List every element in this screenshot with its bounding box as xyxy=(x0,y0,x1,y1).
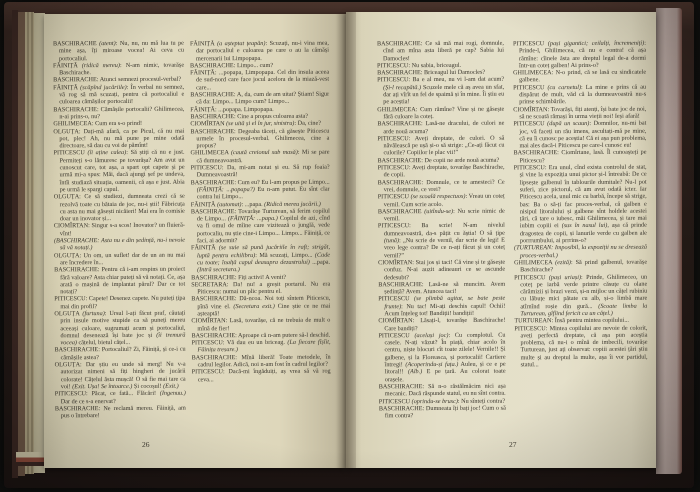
page-edge-strip xyxy=(18,12,25,476)
dialogue-paragraph: PITICESCU: Ba scrie! N-am nivelul dumnea… xyxy=(378,222,505,259)
dialogue-paragraph: OLGUȚA: Ce să studiezi, dumneata crezi c… xyxy=(54,193,185,223)
dialogue-paragraph: CIOMÎRTAN: Singur s-a scos! Inovator? un… xyxy=(54,222,185,237)
dialogue-paragraph: GHILIMECEA (caută creionul sub masă): Mi… xyxy=(190,149,329,164)
dialogue-paragraph: PITICESCU (pași uriași): Prinde, Ghilime… xyxy=(514,273,647,317)
dialogue-paragraph: GHILIMECEA: N-o prind, că se lasă cu sin… xyxy=(513,69,646,84)
dialogue-paragraph: BASCHIRACHE: Ciomîrtane, lasă. Îl cunoaș… xyxy=(513,149,646,164)
dialogue-paragraph: (TURTUREAN: Imposibil, la expoziții nu s… xyxy=(514,244,647,259)
dialogue-paragraph: BASCHIRACHE (uitîndu-se): Nu scrie nimic… xyxy=(378,207,505,222)
dialogue-paragraph: BASCHIRACHE: Domnule, ce te amesteci? Ce… xyxy=(378,178,505,193)
dialogue-paragraph: PITICESCU: Mintea copilului are nevoie d… xyxy=(514,324,647,368)
dialogue-paragraph: CIOMÎRTAN: Tovarăși, fiți atenți, își ba… xyxy=(513,105,646,120)
dialogue-paragraph: FĂINIȚĂ: ...popapa, Limpopapa. Cel din i… xyxy=(190,69,329,92)
dialogue-paragraph: CIOMÎRTAN: Stai jos și taci! Că vine și … xyxy=(378,259,505,282)
dialogue-paragraph: BASCHIRACHE: Cămășile portocalii? Ghilim… xyxy=(53,105,184,120)
dialogue-paragraph: PITICESCU (se scoală respectuos): Vreau … xyxy=(378,193,505,208)
dialogue-paragraph: TURTUREAN: Însă pentru mintea copilului.… xyxy=(514,317,647,325)
dialogue-paragraph: PITICESCU (același joc): Cu complotul. C… xyxy=(378,332,505,384)
dialogue-paragraph: PITICESCU: Vă dau eu un briceag. (La fie… xyxy=(191,339,330,354)
dialogue-paragraph: PITICESCU (se plimbă agitat, se bate pes… xyxy=(378,295,505,318)
dialogue-paragraph: PITICESCU: Era unul, cînd exista control… xyxy=(514,164,647,245)
dialogue-paragraph: BASCHIRACHE: Pentru că i-am respins un p… xyxy=(54,266,185,296)
dialogue-paragraph: CIOMÎRTAN: Lasă, tovarășe, că ne trebuia… xyxy=(191,317,330,332)
dialogue-paragraph: FĂINIȚĂ (ridică mereu): N-am nimic, tova… xyxy=(53,62,184,77)
dialogue-paragraph: BASCHIRACHE: Degeaba tăceți, că găsește … xyxy=(190,127,329,150)
left-page-column-1: BASCHIRACHE (atent): Nu, nu, nu mă lua t… xyxy=(53,40,186,457)
dialogue-paragraph: PITICESCU: Aveți dreptate, de culori. O … xyxy=(377,135,504,158)
dialogue-paragraph: PITICESCU (îi aține calea): Să știți că … xyxy=(53,149,184,193)
dialogue-paragraph: BASCHIRACHE: Portocaliul? Zi, Făiniță, ș… xyxy=(55,346,186,361)
page-number-left: 26 xyxy=(142,440,150,449)
dialogue-paragraph: CIOMÎRTAN (se uită și el în jur, sinistr… xyxy=(190,120,329,128)
left-page-column-2: FĂINIȚĂ (a așteptat țeapăn): Scuzați, nu… xyxy=(190,40,331,457)
dialogue-paragraph: BASCHIRACHE (atent): Nu, nu, nu mă lua t… xyxy=(53,40,184,63)
dialogue-paragraph: BASCHIRACHE: Tovarășe Turturean, să feri… xyxy=(191,207,330,244)
dialogue-paragraph: PITICESCU: Capete! Desenez capete. Nu pu… xyxy=(54,295,185,310)
dialogue-paragraph: BASCHIRACHE: Să n-o răstălmăcim nici așa… xyxy=(379,383,506,398)
right-page-column-1: BASCHIRACHE: Ce să mă mai rogi, domnule,… xyxy=(377,40,506,457)
dialogue-paragraph: PITICESCU: Da, mi-am notat și eu. Să rup… xyxy=(191,164,330,179)
dialogue-paragraph: BASCHIRACHE: Lasă-ne să muncim. Avem șed… xyxy=(378,280,505,295)
cover-edge-right xyxy=(656,8,682,474)
dialogue-paragraph: SECRETARA: Da! nu! a greșit portarul. Nu… xyxy=(191,280,330,295)
dialogue-paragraph: BASCHIRACHE: Ne reclamă mereu. Făiniță, … xyxy=(55,404,186,419)
dialogue-paragraph: GHILIMECEA (ezită): Să prind galbenul, t… xyxy=(514,259,647,274)
dialogue-paragraph: FĂINIȚĂ (a așteptat țeapăn): Scuzați, nu… xyxy=(190,40,329,63)
dialogue-paragraph: PITICESCU: Dacă-mi îngăduiți, aș vrea să… xyxy=(192,368,331,383)
dialogue-paragraph: PITICESCU (pași gigantici; ceilalți, înc… xyxy=(513,40,646,70)
dialogue-paragraph: GHILIMECEA: Cum rămîne? Vine și ne găseș… xyxy=(377,105,504,120)
book-photo: BASCHIRACHE (atent): Nu, nu, nu mă lua t… xyxy=(0,0,700,492)
dialogue-paragraph: PITICESCU: Aveți dreptate, tovarășe Basc… xyxy=(378,164,505,179)
page-edge-strip xyxy=(25,12,34,474)
dialogue-paragraph: (BASCHIRACHE: Asta nu e din ședință, nu-… xyxy=(54,237,185,252)
dialogue-paragraph: OLGUȚA: Dați-mă afară, ca pe Picul, că n… xyxy=(53,127,184,150)
dialogue-paragraph: PITICESCU (după un scaun): Domnilor, nu-… xyxy=(513,120,646,150)
dialogue-paragraph: OLGUȚA: Un om, un suflet! dar de un an n… xyxy=(54,251,185,266)
dialogue-paragraph: BASCHIRACHE: Mînă liberă! Toate metodele… xyxy=(192,353,331,368)
right-page-column-2: PITICESCU (pași gigantici; ceilalți, înc… xyxy=(513,40,648,457)
dialogue-paragraph: OLGUȚA (furtuna): Ursul l-ați făcut praf… xyxy=(54,310,185,347)
dialogue-paragraph: CIOMÎRTAN: Lăsați-l, tovarășe Baschirach… xyxy=(378,317,505,332)
dialogue-paragraph: BASCHIRACHE: Dă-ncoa. Noi toți sîntem Pi… xyxy=(191,295,330,318)
dialogue-paragraph: PITICESCU (cu carnetul): La mine e prins… xyxy=(513,83,646,106)
dialogue-paragraph: FĂINIȚĂ (scăpînd jucăriile): În verbal n… xyxy=(53,83,184,106)
dialogue-paragraph: BASCHIRACHE: Ce să mă mai rogi, domnule,… xyxy=(377,40,504,63)
dialogue-paragraph: BASCHIRACHE: A, da, cum de am uitat? Ști… xyxy=(190,91,329,106)
dialogue-paragraph: OLGUȚA: Dar știu eu unde să merg! Nu v-a… xyxy=(55,361,186,391)
book-gutter xyxy=(336,12,356,468)
dialogue-paragraph: BASCHIRACHE: Cum eu? Eu l-am propus pe L… xyxy=(191,178,330,201)
dialogue-paragraph: PITICESCU: Ba e al meu, nu vi l-am dat a… xyxy=(377,76,504,106)
page-number-right: 27 xyxy=(509,440,517,449)
dialogue-paragraph: BASCHIRACHE: Lasă-ne dracului, de culori… xyxy=(377,120,504,135)
dialogue-paragraph: FĂINIȚĂ (se suie să pună jucăriile în ra… xyxy=(191,244,330,274)
dialogue-paragraph: PITICESCU: Păcat, ce fată... Flăcări! (I… xyxy=(55,390,186,405)
dialogue-paragraph: BASCHIRACHE: Dumneata îți bați joc! Cum … xyxy=(379,405,506,420)
